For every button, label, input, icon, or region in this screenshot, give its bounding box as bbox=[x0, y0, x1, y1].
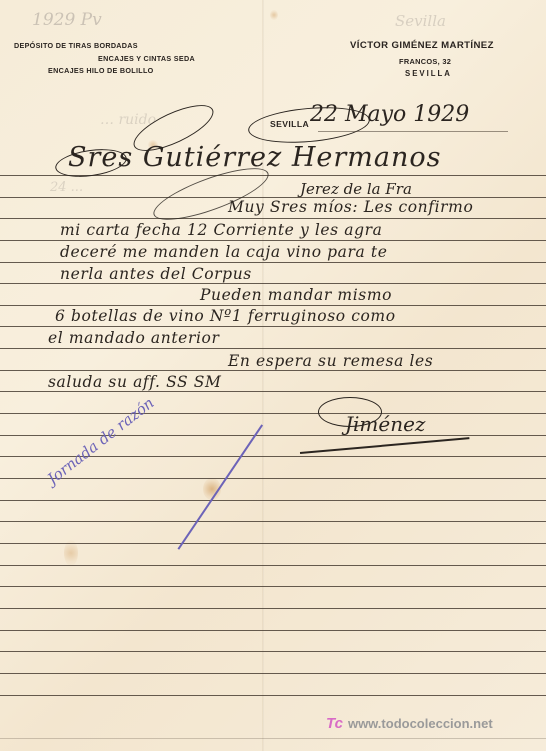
ruled-line bbox=[0, 391, 546, 392]
letter-body-line: nerla antes del Corpus bbox=[60, 265, 252, 283]
letter-body-line: Pueden mandar mismo bbox=[200, 286, 392, 304]
ruled-line bbox=[0, 305, 546, 306]
pencil-mark-faint-left: 24 ... bbox=[50, 180, 83, 195]
letter-body-line: Muy Sres míos: Les confirmo bbox=[228, 198, 473, 216]
signature-underline bbox=[300, 437, 469, 453]
letterhead-left-line3: ENCAJES HILO DE BOLILLO bbox=[48, 66, 154, 75]
ruled-line bbox=[0, 586, 546, 587]
ruled-line bbox=[0, 521, 546, 522]
ruled-line bbox=[0, 413, 546, 414]
ruled-line bbox=[0, 370, 546, 371]
letter-body-line: En espera su remesa les bbox=[228, 352, 433, 370]
ruled-line bbox=[0, 500, 546, 501]
letter-body-line: mi carta fecha 12 Corriente y les agra bbox=[60, 221, 382, 239]
letterhead-left-line1: DEPÓSITO DE TIRAS BORDADAS bbox=[14, 41, 138, 50]
letter-salutation: Sres Gutiérrez Hermanos bbox=[68, 142, 441, 173]
ruled-line bbox=[0, 326, 546, 327]
ruled-line bbox=[0, 478, 546, 479]
violet-annotation-stroke bbox=[177, 424, 262, 549]
watermark-text: www.todocoleccion.net bbox=[348, 716, 493, 731]
violet-annotation: Jornada de razón bbox=[44, 394, 158, 488]
ruled-line bbox=[0, 543, 546, 544]
ruled-line bbox=[0, 262, 546, 263]
ruled-line bbox=[0, 651, 546, 652]
letter-body-line: deceré me manden la caja vino para te bbox=[60, 243, 388, 261]
watermark: Tc www.todocoleccion.net bbox=[326, 715, 493, 732]
letterhead-sender-name: VÍCTOR GIMÉNEZ MARTÍNEZ bbox=[350, 40, 494, 51]
ruled-line bbox=[0, 283, 546, 284]
date-rule bbox=[318, 131, 508, 132]
ruled-line bbox=[0, 240, 546, 241]
letter-paper: 1929 Pv Sevilla … ruido 24 ... DEPÓSITO … bbox=[0, 0, 546, 751]
watermark-logo-icon: Tc bbox=[326, 715, 343, 732]
ruled-line bbox=[0, 218, 546, 219]
letter-body-line: el mandado anterior bbox=[48, 329, 219, 347]
date-handwritten: 22 Mayo 1929 bbox=[310, 102, 469, 127]
letterhead-left-line2: ENCAJES Y CINTAS SEDA bbox=[98, 54, 195, 63]
letter-body-line: 6 botellas de vino Nº1 ferruginoso como bbox=[55, 307, 396, 325]
letterhead-sender-city: SEVILLA bbox=[405, 69, 452, 78]
paper-fold-crease bbox=[262, 0, 264, 751]
stain bbox=[270, 10, 278, 20]
letterhead-sender-address: FRANCOS, 32 bbox=[399, 57, 451, 66]
ruled-line bbox=[0, 348, 546, 349]
ruled-line bbox=[0, 435, 546, 436]
pencil-mark-top-right: Sevilla bbox=[395, 12, 446, 30]
signature: Jiménez bbox=[345, 412, 425, 436]
letter-recipient-city: Jerez de la Fra bbox=[300, 180, 412, 198]
ruled-line bbox=[0, 695, 546, 696]
date-printed-label: SEVILLA bbox=[270, 119, 309, 129]
letter-body-line: saluda su aff. SS SM bbox=[48, 373, 222, 391]
ruled-line bbox=[0, 565, 546, 566]
ruled-line bbox=[0, 608, 546, 609]
ruled-line bbox=[0, 738, 546, 739]
ruled-line bbox=[0, 630, 546, 631]
ruled-line bbox=[0, 673, 546, 674]
pencil-mark-top-left: 1929 Pv bbox=[32, 10, 102, 30]
